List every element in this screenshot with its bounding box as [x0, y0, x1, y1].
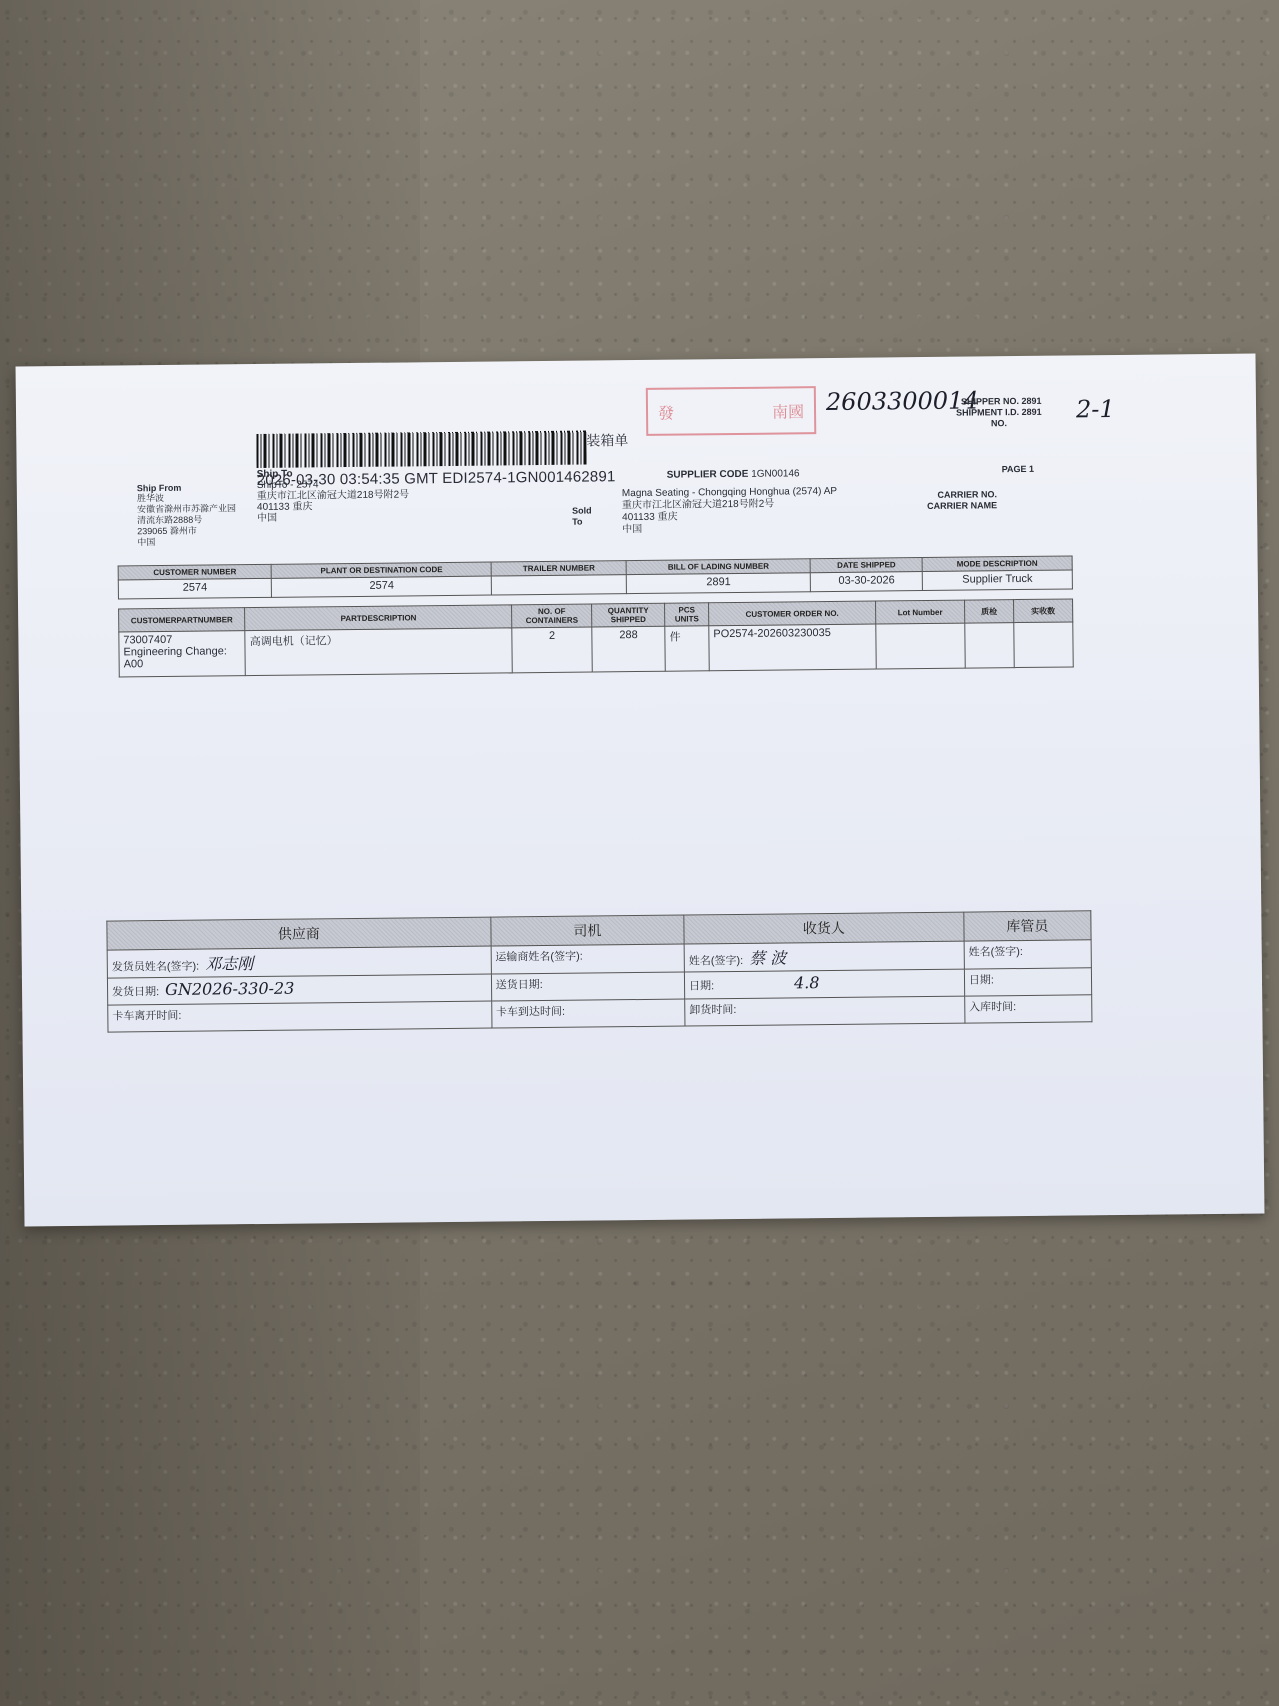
- signature-cell: 日期:4.8: [684, 969, 964, 999]
- receiver-name-label: 姓名(签字):: [689, 955, 744, 968]
- engineering-change: Engineering Change: A00: [123, 645, 241, 670]
- bill-of-lading: 2891: [626, 573, 811, 594]
- signature-cell: 发货日期:GN2026-330-23: [107, 974, 491, 1005]
- supplier-code-label: SUPPLIER CODE: [667, 469, 749, 481]
- page-indicator: PAGE 1: [1002, 464, 1034, 474]
- ship-to: Ship To ShipTo - 2574 重庆市江北区渝冠大道218号附2号 …: [257, 467, 410, 524]
- document-title: 装箱单: [586, 430, 628, 450]
- ship-to-line: 重庆市江北区渝冠大道218号附2号: [257, 489, 409, 502]
- ship-from: Ship From 胜华波 安徽省滁州市苏滁产业园 清流东路2888号 2390…: [137, 482, 237, 548]
- signature-cell: 日期:: [964, 968, 1091, 996]
- handwritten-page-count: 2-1: [1076, 395, 1115, 423]
- sold-to: Magna Seating - Chongqing Honghua (2574)…: [622, 486, 838, 536]
- col-warehouse-keeper: 库管员: [964, 911, 1091, 941]
- sold-to-line: Magna Seating - Chongqing Honghua (2574)…: [622, 486, 837, 500]
- col-lot-number: Lot Number: [876, 600, 965, 624]
- shipper-no-label: SHIPPER NO.: [961, 396, 1019, 407]
- customer-number: 2574: [118, 578, 272, 599]
- signature-table: 供应商 司机 收货人 库管员 发货员姓名(签字):邓志刚 运输商姓名(签字): …: [106, 910, 1092, 1032]
- shipment-id-label: SHIPMENT I.D.: [956, 407, 1019, 418]
- stamp-right-chars: 南國: [772, 399, 804, 422]
- units: 件: [665, 626, 709, 671]
- signature-cell: 运输商姓名(签字):: [491, 944, 685, 974]
- page-label: PAGE: [1002, 464, 1027, 474]
- stamp-left-char: 發: [658, 400, 674, 423]
- parts-table: CUSTOMERPARTNUMBER PARTDESCRIPTION NO. O…: [118, 598, 1074, 677]
- shipper-info: SHIPPER NO. 2891 SHIPMENT I.D. 2891 NO.: [956, 396, 1042, 430]
- receiver-date-handwritten: 4.8: [794, 973, 820, 992]
- shipper-name-label: 发货员姓名(签字):: [112, 961, 200, 974]
- signature-cell: 姓名(签字):蔡 波: [684, 941, 964, 972]
- containers: 2: [512, 627, 592, 673]
- signature-cell: 送货日期:: [491, 972, 685, 1001]
- carrier-name-label: CARRIER NAME: [927, 500, 997, 512]
- col-driver: 司机: [490, 915, 684, 946]
- shipment-id: 2891: [1022, 407, 1042, 417]
- col-part-description: PARTDESCRIPTION: [245, 605, 512, 631]
- red-stamp: 發 南國: [646, 386, 816, 436]
- signature-cell: 卡车到达时间:: [491, 999, 685, 1028]
- col-containers: NO. OF CONTAINERS: [512, 604, 592, 628]
- receiver-date-label: 日期:: [689, 980, 714, 992]
- ship-from-line: 安徽省滁州市苏滁产业园: [137, 503, 236, 515]
- page-number: 1: [1029, 464, 1034, 474]
- ship-date-label: 发货日期:: [112, 986, 159, 998]
- mode-description: Supplier Truck: [922, 570, 1072, 591]
- trailer-number: [492, 575, 627, 595]
- signature-cell: 发货员姓名(签字):邓志刚: [107, 946, 491, 978]
- col-supplier: 供应商: [107, 917, 491, 950]
- supplier-code: SUPPLIER CODE 1GN00146: [667, 468, 800, 480]
- ship-to-line: 中国: [257, 511, 409, 524]
- col-part-number: CUSTOMERPARTNUMBER: [119, 608, 246, 632]
- col-trailer-number: TRAILER NUMBER: [491, 561, 626, 576]
- signature-cell: 姓名(签字):: [964, 940, 1091, 969]
- ship-from-line: 中国: [137, 536, 236, 548]
- col-units: PCS UNITS: [665, 603, 709, 626]
- received: [1014, 622, 1073, 668]
- col-receiver: 收货人: [684, 912, 964, 944]
- signature-cell: 入库时间:: [964, 995, 1091, 1023]
- signature-cell: 卡车离开时间:: [108, 1001, 492, 1032]
- signature-cell: 卸货时间:: [685, 996, 965, 1026]
- col-quantity: QUANTITY SHIPPED: [592, 603, 666, 627]
- barcode: [256, 431, 586, 468]
- packing-list-document: 2026-03-30 03:54:35 GMT EDI2574-1GN00146…: [16, 354, 1265, 1227]
- carrier-no-label: CARRIER NO.: [927, 489, 997, 501]
- col-received: 实收数: [1014, 599, 1073, 623]
- carrier-info: CARRIER NO. CARRIER NAME: [927, 489, 997, 512]
- ship-date-handwritten: GN2026-330-23: [165, 979, 294, 999]
- plant-code: 2574: [272, 576, 492, 597]
- sold-to-line: 中国: [622, 522, 837, 536]
- supplier-code-value: 1GN00146: [751, 468, 799, 480]
- quantity: 288: [592, 626, 666, 672]
- part-number-cell: 73007407 Engineering Change: A00: [119, 631, 246, 677]
- part-description: 高调电机（记忆）: [245, 628, 512, 676]
- no-label: NO.: [991, 418, 1007, 428]
- sold-to-label: Sold To: [572, 505, 596, 527]
- shipper-signature: 邓志刚: [205, 954, 253, 974]
- col-qc: 质检: [965, 600, 1014, 624]
- qc: [965, 623, 1014, 669]
- shipment-table: CUSTOMER NUMBER PLANT OR DESTINATION COD…: [118, 555, 1073, 599]
- lot-number: [876, 623, 965, 669]
- shipper-no: 2891: [1021, 396, 1041, 406]
- order-no: PO2574-202603230035: [709, 624, 876, 671]
- col-date-shipped: DATE SHIPPED: [811, 558, 923, 573]
- date-shipped: 03-30-2026: [811, 572, 923, 592]
- receiver-signature: 蔡 波: [749, 948, 786, 967]
- table-row: 73007407 Engineering Change: A00 高调电机（记忆…: [119, 622, 1073, 677]
- col-order-no: CUSTOMER ORDER NO.: [709, 601, 876, 626]
